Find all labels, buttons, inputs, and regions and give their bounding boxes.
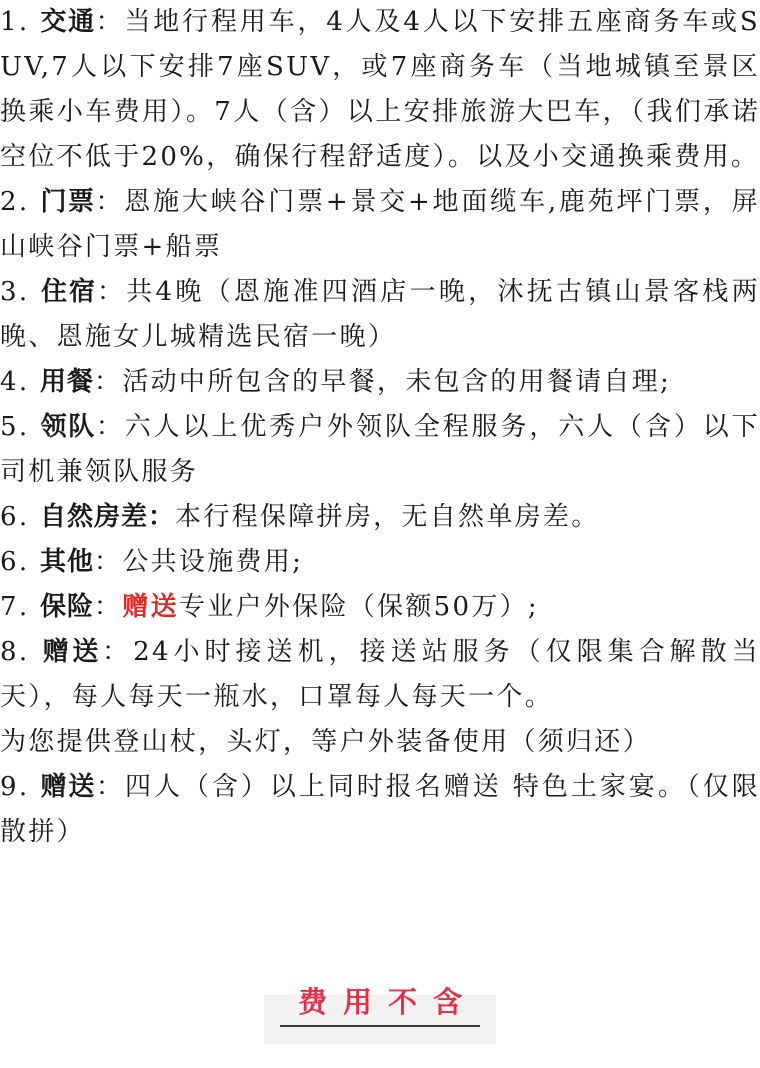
item-number: 3. xyxy=(0,277,29,307)
item-label: 用餐 xyxy=(40,367,94,397)
item-separator: ： xyxy=(94,367,122,397)
item-label: 交通 xyxy=(41,7,96,37)
item-number: 1. xyxy=(0,7,29,37)
item-number: 7. xyxy=(0,592,29,622)
item-separator: ： xyxy=(96,7,125,37)
list-item-gift-transfer: 8. 赠送：24小时接送机，接送站服务（仅限集合解散当天），每人每天一瓶水，口罩… xyxy=(0,630,760,720)
list-item-transport: 1. 交通：当地行程用车，4人及4人以下安排五座商务车或SUV,7人以下安排7座… xyxy=(0,0,760,180)
list-item-meals: 4. 用餐：活动中所包含的早餐，未包含的用餐请自理; xyxy=(0,360,760,405)
item-separator: ： xyxy=(94,547,122,577)
item-label: 赠送 xyxy=(41,772,96,802)
item-text: 为您提供登山杖，头灯，等户外装备使用（须归还） xyxy=(0,727,651,757)
item-label: 其他 xyxy=(40,547,94,577)
section-title-underline xyxy=(280,1025,480,1027)
section-title-fee-excluded: 费用不含 xyxy=(264,982,496,1022)
item-label: 保险 xyxy=(40,592,94,622)
list-item-accommodation: 3. 住宿：共4晚（恩施准四酒店一晚，沐抚古镇山景客栈两晚、恩施女儿城精选民宿一… xyxy=(0,270,760,360)
list-item-guide: 5. 领队：六人以上优秀户外领队全程服务，六人（含）以下司机兼领队服务 xyxy=(0,405,760,495)
item-text: 活动中所包含的早餐，未包含的用餐请自理; xyxy=(122,367,671,397)
item-text: 专业户外保险（保额50万）; xyxy=(179,592,539,622)
item-separator: ： xyxy=(102,637,133,667)
item-text: 公共设施费用; xyxy=(122,547,303,577)
item-text: 本行程保障拼房，无自然单房差。 xyxy=(175,502,600,532)
list-item-other: 6. 其他：公共设施费用; xyxy=(0,540,760,585)
item-number: 5. xyxy=(0,412,29,442)
list-item-tickets: 2. 门票：恩施大峡谷门票+景交+地面缆车,鹿苑坪门票，屏山峡谷门票+船票 xyxy=(0,180,760,270)
item-separator: ： xyxy=(95,187,124,217)
item-separator: ： xyxy=(97,277,126,307)
item-number: 6. xyxy=(0,547,29,577)
item-label: 赠送 xyxy=(43,637,102,667)
list-item-room-difference: 6. 自然房差：本行程保障拼房，无自然单房差。 xyxy=(0,495,760,540)
list-item-gear-note: 为您提供登山杖，头灯，等户外装备使用（须归还） xyxy=(0,720,760,765)
gift-highlight: 赠送 xyxy=(122,592,179,622)
list-item-insurance: 7. 保险：赠送专业户外保险（保额50万）; xyxy=(0,585,760,630)
item-number: 8. xyxy=(0,637,29,667)
item-label: 门票 xyxy=(40,187,95,217)
item-number: 9. xyxy=(0,772,29,802)
item-label: 领队 xyxy=(41,412,96,442)
fee-included-list: 1. 交通：当地行程用车，4人及4人以下安排五座商务车或SUV,7人以下安排7座… xyxy=(0,0,760,855)
item-separator: ： xyxy=(96,412,125,442)
item-number: 2. xyxy=(0,187,29,217)
item-label: 自然房差： xyxy=(40,502,175,532)
item-number: 6. xyxy=(0,502,29,532)
item-separator: ： xyxy=(96,772,125,802)
item-separator: ： xyxy=(94,592,122,622)
list-item-gift-banquet: 9. 赠送：四人（含）以上同时报名赠送 特色土家宴。（仅限散拼） xyxy=(0,765,760,855)
item-label: 住宿 xyxy=(41,277,97,307)
item-number: 4. xyxy=(0,367,29,397)
